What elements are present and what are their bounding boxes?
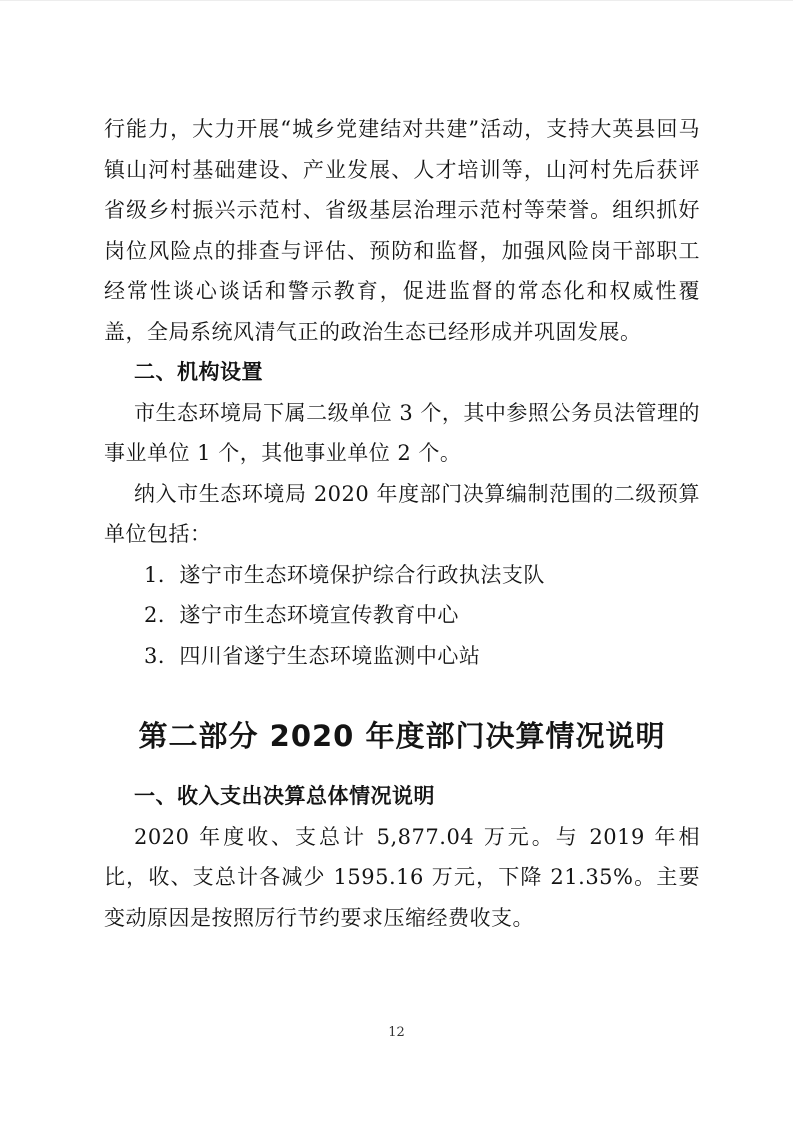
heading-income-expense: 一、收入支出决算总体情况说明 [104, 776, 700, 817]
paragraph-budget-summary: 2020 年度收、支总计 5,877.04 万元。与 2019 年相比，收、支总… [104, 817, 700, 939]
paragraph-org-units: 市生态环境局下属二级单位 3 个，其中参照公务员法管理的事业单位 1 个，其他事… [104, 393, 700, 474]
heading-org-setup: 二、机构设置 [104, 352, 700, 393]
paragraph-budget-scope: 纳入市生态环境局 2020 年度部门决算编制范围的二级预算单位包括： [104, 474, 700, 555]
list-item-monitoring-station: 3．四川省遂宁生态环境监测中心站 [104, 636, 700, 677]
page-content: 行能力，大力开展“城乡党建结对共建”活动，支持大英县回马镇山河村基础建设、产业发… [104, 109, 700, 938]
list-item-enforcement-unit: 1．遂宁市生态环境保护综合行政执法支队 [104, 555, 700, 596]
document-page: 行能力，大力开展“城乡党建结对共建”活动，支持大英县回马镇山河村基础建设、产业发… [0, 0, 793, 1122]
list-item-education-center: 2．遂宁市生态环境宣传教育中心 [104, 595, 700, 636]
page-number: 12 [0, 1025, 793, 1040]
part-two-heading: 第二部分 2020 年度部门决算情况说明 [104, 696, 700, 776]
org-unit-list: 1．遂宁市生态环境保护综合行政执法支队 2．遂宁市生态环境宣传教育中心 3．四川… [104, 555, 700, 677]
paragraph-party-building: 行能力，大力开展“城乡党建结对共建”活动，支持大英县回马镇山河村基础建设、产业发… [104, 109, 700, 352]
